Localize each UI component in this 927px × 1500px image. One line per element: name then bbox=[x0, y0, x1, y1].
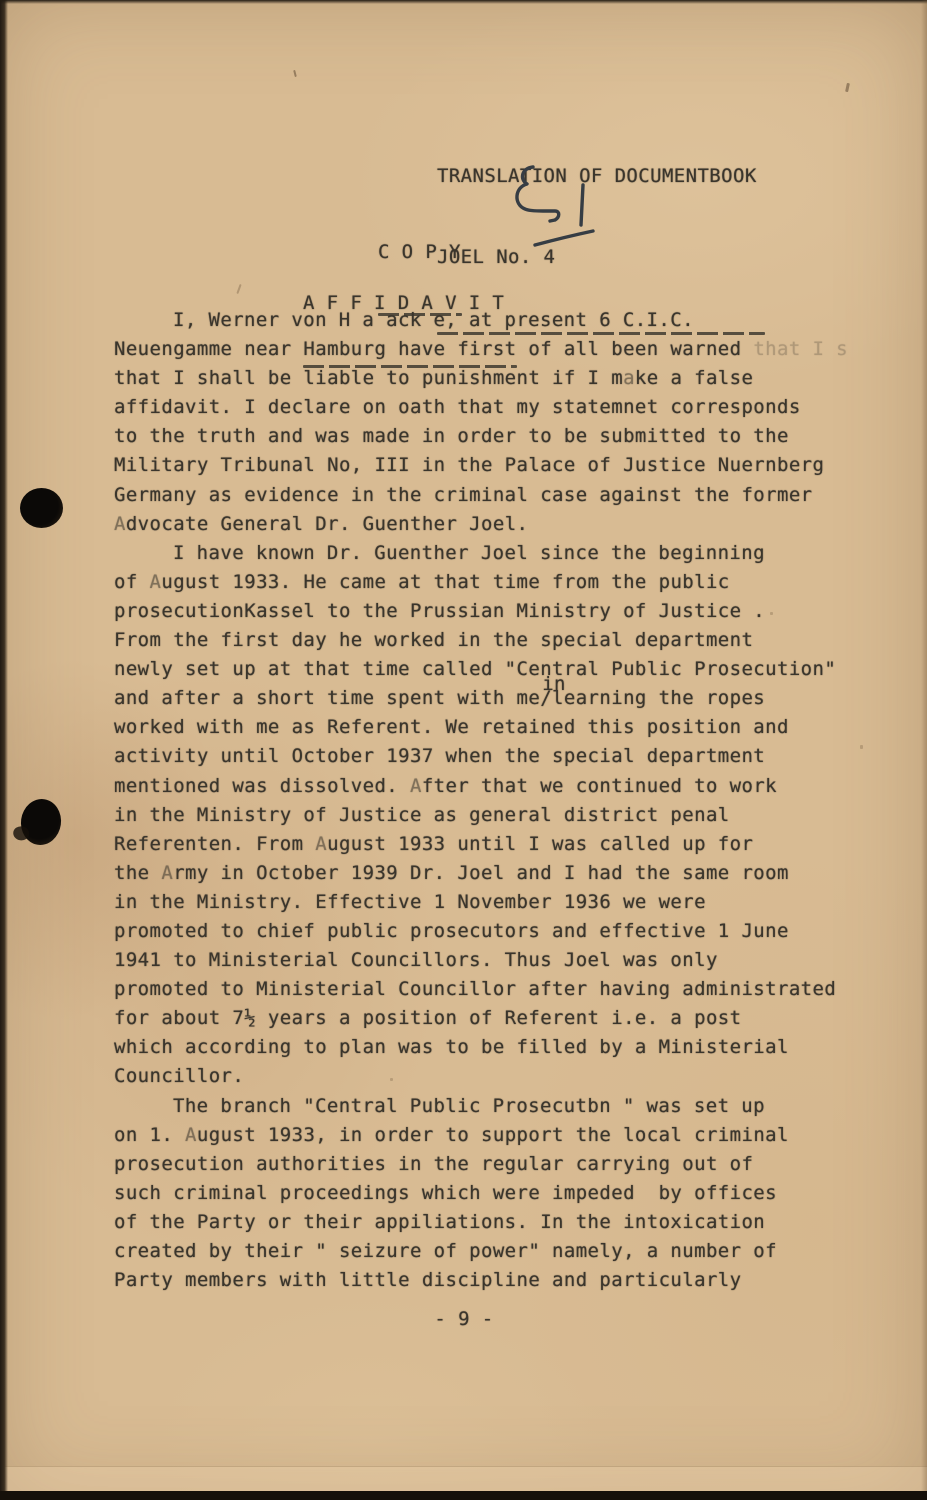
paper-speck bbox=[293, 70, 297, 77]
body-line: Advocate General Dr. Guenther Joel. bbox=[114, 510, 850, 539]
body-line: and after a short time spent with mein/l… bbox=[114, 684, 850, 713]
body-line: for about 7½ years a position of Referen… bbox=[114, 1004, 850, 1033]
body-line: Councillor. bbox=[114, 1062, 850, 1091]
body-line: prosecution authorities in the regular c… bbox=[114, 1150, 850, 1179]
body-line: newly set up at that time called "Centra… bbox=[114, 655, 850, 684]
paper-bottom-edge bbox=[0, 1466, 927, 1491]
body-line: that I shall be liable to punishment if … bbox=[114, 364, 850, 393]
paper-speck bbox=[860, 745, 863, 749]
body-line: affidavit. I declare on oath that my sta… bbox=[114, 393, 850, 422]
body-line: I have known Dr. Guenther Joel since the… bbox=[114, 539, 850, 568]
body-line: prosecutionKassel to the Prussian Minist… bbox=[114, 597, 850, 626]
scan-edge-bottom bbox=[0, 1491, 927, 1500]
paper-speck bbox=[845, 83, 850, 92]
body-line: 1941 to Ministerial Councillors. Thus Jo… bbox=[114, 946, 850, 975]
body-line: in the Ministry. Effective 1 November 19… bbox=[114, 888, 850, 917]
body-line: Referenten. From August 1933 until I was… bbox=[114, 830, 850, 859]
body-line: I, Werner von H a ack e, at present 6 C.… bbox=[114, 306, 850, 335]
body-line: in the Ministry of Justice as general di… bbox=[114, 801, 850, 830]
punch-hole-top bbox=[20, 488, 63, 528]
body-line: Military Tribunal No, III in the Palace … bbox=[114, 451, 850, 480]
scan-edge-left bbox=[0, 0, 8, 1500]
document-body: I, Werner von H a ack e, at present 6 C.… bbox=[114, 306, 850, 1295]
scan-edge-top bbox=[0, 0, 927, 4]
body-line: The branch "Central Public Prosecutbn " … bbox=[114, 1092, 850, 1121]
body-line: worked with me as Referent. We retained … bbox=[114, 713, 850, 742]
body-line: of August 1933. He came at that time fro… bbox=[114, 568, 850, 597]
paper-speck bbox=[236, 284, 241, 294]
page-number: - 9 - bbox=[114, 1308, 814, 1330]
scanned-document-page: TRANSLATION OF DOCUMENTBOOK JOEL No. 4 C… bbox=[0, 0, 927, 1500]
body-line: Party members with little discipline and… bbox=[114, 1266, 850, 1295]
body-line: to the truth and was made in order to be… bbox=[114, 422, 850, 451]
body-line: Germany as evidence in the criminal case… bbox=[114, 481, 850, 510]
body-line: Neuengamme near Hamburg have first of al… bbox=[114, 335, 850, 364]
body-line: promoted to chief public prosecutors and… bbox=[114, 917, 850, 946]
body-line: of the Party or their appiliations. In t… bbox=[114, 1208, 850, 1237]
body-line: From the first day he worked in the spec… bbox=[114, 626, 850, 655]
body-line: promoted to Ministerial Councillor after… bbox=[114, 975, 850, 1004]
body-line: such criminal proceedings which were imp… bbox=[114, 1179, 850, 1208]
body-line: on 1. August 1933, in order to support t… bbox=[114, 1121, 850, 1150]
body-line: activity until October 1937 when the spe… bbox=[114, 742, 850, 771]
scan-edge-right bbox=[921, 0, 927, 1500]
body-line: mentioned was dissolved. After that we c… bbox=[114, 772, 850, 801]
body-line: which according to plan was to be filled… bbox=[114, 1033, 850, 1062]
punch-hole-bottom bbox=[18, 796, 64, 847]
body-line: the Army in October 1939 Dr. Joel and I … bbox=[114, 859, 850, 888]
body-line: created by their " seizure of power" nam… bbox=[114, 1237, 850, 1266]
handwritten-exhibit-mark-icon bbox=[503, 163, 621, 259]
